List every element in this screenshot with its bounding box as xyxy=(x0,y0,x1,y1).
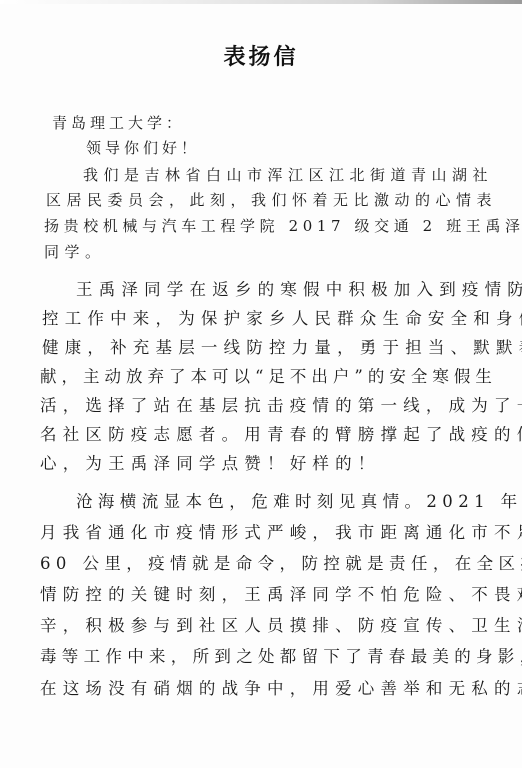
salutation: 青岛理工大学： xyxy=(52,112,185,133)
paragraph2-line: 献，主动放弃了本可以“足不出户”的安全寒假生 xyxy=(40,363,497,387)
paragraph3-line: 沧海横流显本色，危难时刻见真情。2021 年 1 xyxy=(76,488,522,512)
paragraph2-line: 控工作中来，为保护家乡人民群众生命安全和身体 xyxy=(42,305,522,329)
paragraph2-line: 王禹泽同学在返乡的寒假中积极加入到疫情防 xyxy=(76,276,522,300)
paragraph1-line: 同学。 xyxy=(44,241,106,262)
letter-page: 表扬信 青岛理工大学： 领导你们好！ 我们是吉林省白山市浑江区江北街道青山湖社 … xyxy=(0,0,522,768)
paragraph1-line: 扬贵校机械与汽车工程学院 2017 级交通 2 班王禹泽 xyxy=(44,215,522,236)
paragraph3-line: 月我省通化市疫情形式严峻，我市距离通化市不足 xyxy=(40,519,522,543)
paragraph3-line: 情防控的关键时刻，王禹泽同学不怕危险、不畏艰 xyxy=(40,581,522,605)
paragraph3-line: 辛，积极参与到社区人员摸排、防疫宣传、卫生消 xyxy=(40,612,522,636)
scan-edge-shadow xyxy=(0,0,522,4)
paragraph2-line: 健康，补充基层一线防控力量，勇于担当、默默奉 xyxy=(42,334,522,358)
paragraph2-line: 心，为王禹泽同学点赞！好样的！ xyxy=(40,450,381,474)
paragraph1-line: 区居民委员会，此刻，我们怀着无比激动的心情表 xyxy=(46,189,497,210)
paragraph1-line: 我们是吉林省白山市浑江区江北街道青山湖社 xyxy=(83,164,493,185)
paragraph3-line: 毒等工作中来，所到之处都留下了青春最美的身影， xyxy=(40,643,522,667)
paragraph2-line: 名社区防疫志愿者。用青春的臂膀撑起了战疫的信 xyxy=(40,421,522,445)
greeting: 领导你们好！ xyxy=(86,137,200,158)
paragraph3-line: 在这场没有硝烟的战争中，用爱心善举和无私的志 xyxy=(40,675,522,699)
paragraph2-line: 活，选择了站在基层抗击疫情的第一线，成为了一 xyxy=(40,392,522,416)
letter-title: 表扬信 xyxy=(0,40,522,71)
paragraph3-line: 60 公里，疫情就是命令，防控就是责任，在全区疫 xyxy=(40,550,522,574)
